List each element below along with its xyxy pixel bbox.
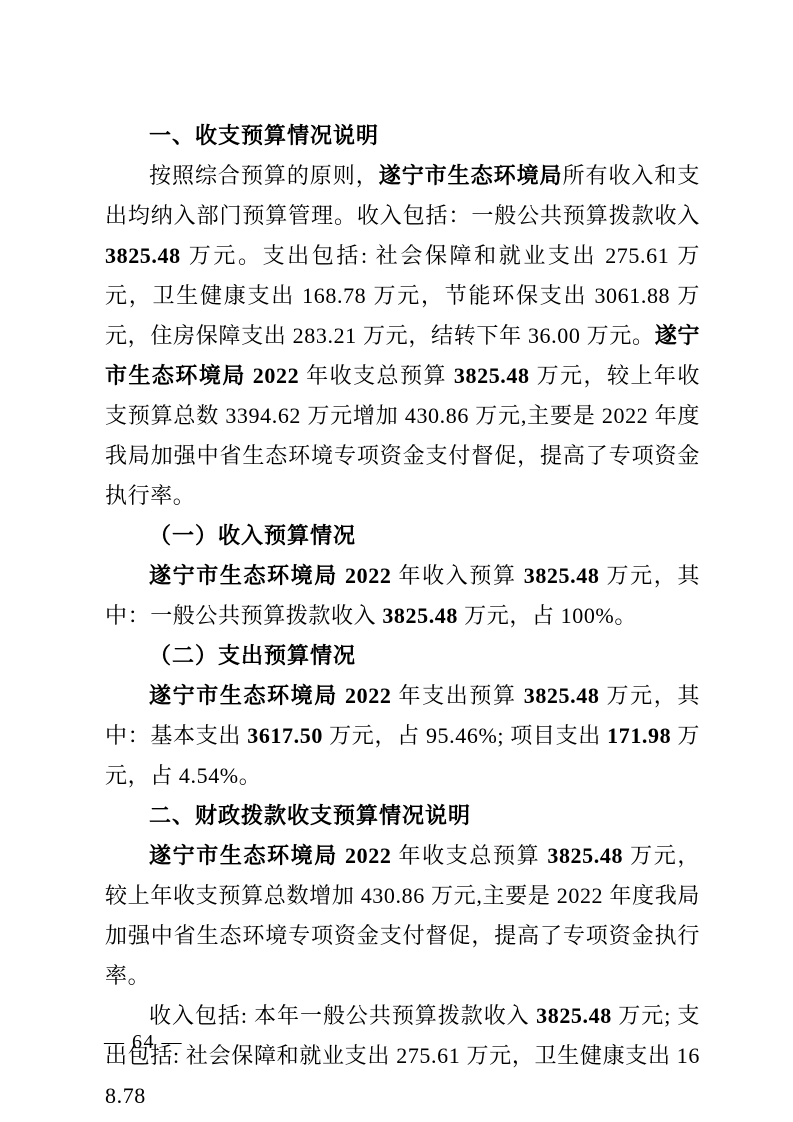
bold-text-run: 一、收支预算情况说明: [149, 123, 379, 148]
bold-text-run: 遂宁市生态环境局 2022: [149, 683, 391, 708]
bold-text-run: （二）支出预算情况: [149, 643, 356, 668]
bold-text-run: 171.98: [607, 723, 671, 748]
bold-text-run: 遂宁市生态环境局 2022: [149, 843, 391, 868]
bold-text-run: 二、财政拨款收支预算情况说明: [149, 803, 471, 828]
paragraph-overview: 按照综合预算的原则，遂宁市生态环境局所有收入和支出均纳入部门预算管理。收入包括：…: [105, 156, 700, 516]
bold-text-run: （一）收入预算情况: [149, 523, 356, 548]
page-footer: — 64 —: [104, 1028, 183, 1056]
text-run: 万元，占 100%。: [458, 603, 637, 628]
text-run: 年收支总预算: [391, 843, 547, 868]
document-page: 一、收支预算情况说明按照综合预算的原则，遂宁市生态环境局所有收入和支出均纳入部门…: [0, 0, 793, 1122]
paragraph-fiscal-overview: 遂宁市生态环境局 2022 年收支总预算 3825.48 万元，较上年收支预算总…: [105, 836, 700, 996]
bold-text-run: 3825.48: [536, 1003, 612, 1028]
paragraph-expenditure: 遂宁市生态环境局 2022 年支出预算 3825.48 万元，其中：基本支出 3…: [105, 676, 700, 796]
page-number: — 64 —: [104, 1031, 183, 1053]
bold-text-run: 3825.48: [547, 843, 623, 868]
subsection-heading-expenditure: （二）支出预算情况: [105, 636, 700, 676]
text-run: 万元，占 95.46%; 项目支出: [323, 723, 607, 748]
paragraph-fiscal-detail: 收入包括: 本年一般公共预算拨款收入 3825.48 万元; 支出包括: 社会保…: [105, 996, 700, 1116]
text-run: 收入包括: 本年一般公共预算拨款收入: [149, 1003, 536, 1028]
subsection-heading-income: （一）收入预算情况: [105, 516, 700, 556]
section-heading-2: 二、财政拨款收支预算情况说明: [105, 796, 700, 836]
bold-text-run: 3617.50: [247, 723, 323, 748]
text-run: 万元。支出包括: 社会保障和就业支出 275.61 万元，卫生健康支出 168.…: [105, 243, 700, 348]
text-run: 年收支总预算: [299, 363, 454, 388]
section-heading-1: 一、收支预算情况说明: [105, 116, 700, 156]
text-run: 年收入预算: [391, 563, 523, 588]
bold-text-run: 3825.48: [382, 603, 458, 628]
paragraph-income: 遂宁市生态环境局 2022 年收入预算 3825.48 万元，其中：一般公共预算…: [105, 556, 700, 636]
bold-text-run: 3825.48: [105, 243, 181, 268]
bold-text-run: 3825.48: [524, 563, 600, 588]
bold-text-run: 3825.48: [454, 363, 530, 388]
text-run: 年支出预算: [391, 683, 523, 708]
text-run: 按照综合预算的原则，: [149, 163, 379, 188]
bold-text-run: 遂宁市生态环境局: [379, 163, 563, 188]
bold-text-run: 3825.48: [524, 683, 600, 708]
document-body: 一、收支预算情况说明按照综合预算的原则，遂宁市生态环境局所有收入和支出均纳入部门…: [105, 116, 700, 1116]
bold-text-run: 遂宁市生态环境局 2022: [149, 563, 391, 588]
